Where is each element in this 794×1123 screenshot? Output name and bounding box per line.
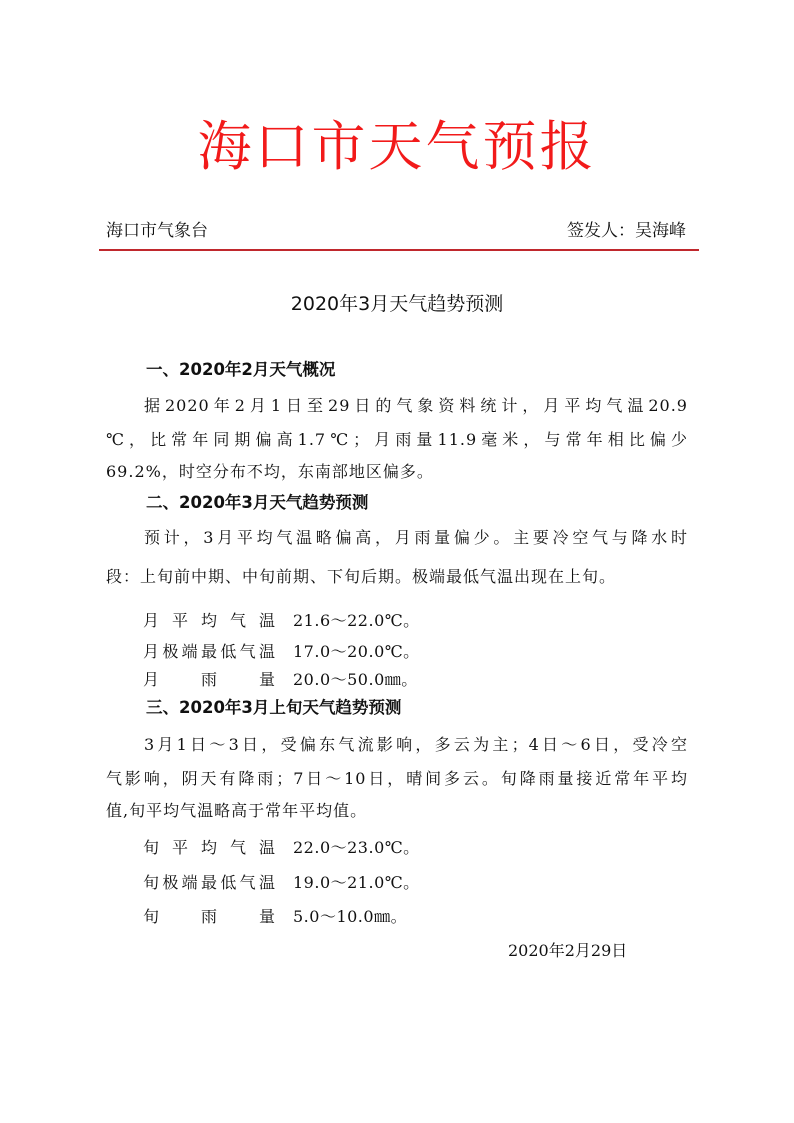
item-value: 5.0～10.0㎜。 — [293, 905, 407, 929]
section-heading-1: 一、2020年2月天气概况 — [146, 358, 335, 382]
item-label: 月极端最低气温 — [143, 640, 275, 664]
item-label: 旬平均气温 — [143, 836, 275, 860]
item-value: 22.0～23.0℃。 — [293, 836, 420, 860]
item-value: 19.0～21.0℃。 — [293, 871, 420, 895]
item-value: 20.0～50.0㎜。 — [293, 668, 418, 692]
forecast-item-row: 月雨量 20.0～50.0㎜。 — [143, 668, 418, 692]
forecast-item-row: 旬极端最低气温 19.0～21.0℃。 — [143, 871, 420, 895]
document-title: 2020年3月天气趋势预测 — [0, 290, 794, 318]
forecast-item-row: 月极端最低气温 17.0～20.0℃。 — [143, 640, 420, 664]
forecast-item-row: 月平均气温 21.6～22.0℃。 — [143, 609, 420, 633]
section-heading-2: 二、2020年3月天气趋势预测 — [146, 491, 368, 515]
paragraph-line: 气影响，阴天有降雨；7日～10日，晴间多云。旬降雨量接近常年平均 — [106, 767, 688, 791]
paragraph-line: 据2020年2月1日至29日的气象资料统计，月平均气温20.9 — [144, 394, 688, 418]
paragraph-line: ℃，比常年同期偏高1.7℃；月雨量11.9毫米，与常年相比偏少 — [106, 428, 688, 452]
signer-name: 签发人：吴海峰 — [567, 219, 686, 243]
forecast-item-row: 旬平均气温 22.0～23.0℃。 — [143, 836, 420, 860]
item-label: 旬极端最低气温 — [143, 871, 275, 895]
paragraph-line: 69.2%，时空分布不均，东南部地区偏多。 — [106, 460, 688, 484]
forecast-item-row: 旬雨量 5.0～10.0㎜。 — [143, 905, 407, 929]
header-divider-rule — [99, 249, 699, 251]
item-label: 月平均气温 — [143, 609, 275, 633]
item-label: 月雨量 — [143, 668, 275, 692]
issue-date: 2020年2月29日 — [508, 939, 627, 963]
paragraph-line: 段：上旬前中期、中旬前期、下旬后期。极端最低气温出现在上旬。 — [106, 565, 688, 589]
masthead-title: 海口市天气预报 — [0, 112, 794, 182]
item-value: 17.0～20.0℃。 — [293, 640, 420, 664]
paragraph-line: 值,旬平均气温略高于常年平均值。 — [106, 799, 688, 823]
issuer-name: 海口市气象台 — [106, 219, 208, 243]
item-value: 21.6～22.0℃。 — [293, 609, 420, 633]
paragraph-line: 预计，3月平均气温略偏高，月雨量偏少。主要冷空气与降水时 — [144, 526, 688, 550]
item-label: 旬雨量 — [143, 905, 275, 929]
section-heading-3: 三、2020年3月上旬天气趋势预测 — [146, 696, 401, 720]
paragraph-line: 3月1日～3日，受偏东气流影响，多云为主；4日～6日，受冷空 — [144, 733, 688, 757]
